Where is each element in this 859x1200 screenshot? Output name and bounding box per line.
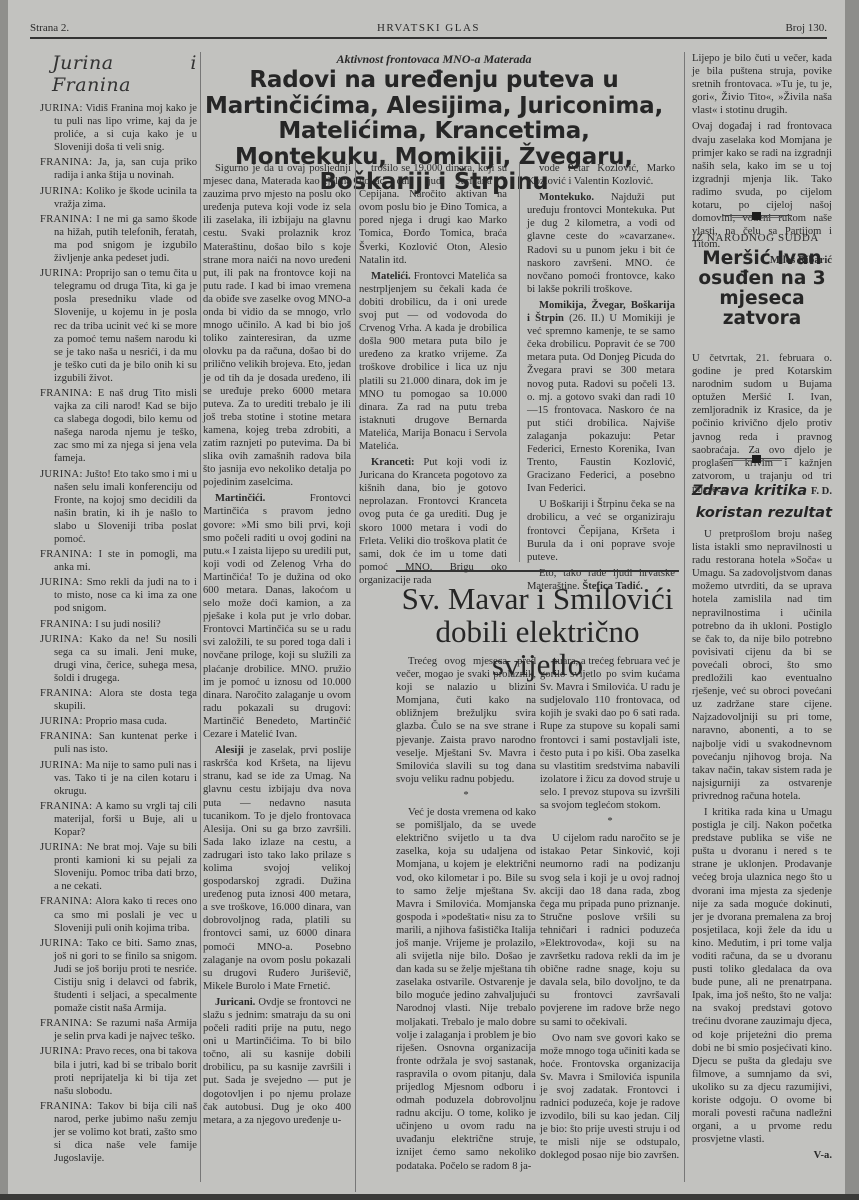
page-edge-left <box>0 0 8 1200</box>
speaker-name: FRANINA: <box>40 157 92 168</box>
electricity-column-1: Trećeg ovog mjeseca, pred večer, mogao j… <box>396 655 536 1176</box>
court-kicker: IZ NARODNOG SUDDA <box>692 232 832 244</box>
article-paragraph: Martinčići. Frontovci Martinčića s pravo… <box>203 492 351 741</box>
speaker-name: JURINA: <box>40 760 83 771</box>
dialogue-text: I su judi nosili? <box>95 619 161 630</box>
court-text: U četvrtak, 21. februara o. godine je pr… <box>692 352 832 496</box>
speaker-name: JURINA: <box>40 716 83 727</box>
article-paragraph: Juricani. Ovdje se frontovci ne slažu s … <box>203 996 351 1127</box>
dialogue-line: JURINA: Smo rekli da judi na to i to mis… <box>40 576 197 615</box>
column-title: Jurina i Franina <box>52 52 197 96</box>
section-rule <box>396 570 679 572</box>
critique-p2: I kritika rada kina u Umagu postigla je … <box>692 806 832 1146</box>
dialogue-line: FRANINA: Takov bi bija cili naš narod, p… <box>40 1100 197 1165</box>
dialogue-line: FRANINA: Se razumi naša Armija je selin … <box>40 1017 197 1043</box>
dialogue-line: JURINA: Proprio masa cuda. <box>40 715 197 728</box>
article-paragraph: Montekuko. Najduži put uređuju frontovci… <box>527 191 675 296</box>
article-paragraph: Već je dosta vremena od kako se pomišlja… <box>396 806 536 1173</box>
speaker-name: FRANINA: <box>40 731 92 742</box>
dialogue-line: JURINA: Tako ce biti. Samo znas, još ni … <box>40 937 197 1016</box>
issue-number: Broj 130. <box>785 22 827 34</box>
speaker-name: FRANINA: <box>40 214 92 225</box>
speaker-name: JURINA: <box>40 1046 83 1057</box>
asterism: * <box>396 789 536 802</box>
article-paragraph: U cijelom radu naročito se je istakao Pe… <box>540 832 680 1028</box>
speaker-name: JURINA: <box>40 634 83 645</box>
critique-headline-line2: koristan rezultat <box>692 502 832 524</box>
critique-p1: U pretprošlom broju našeg lista istakli … <box>692 528 832 803</box>
paragraph-text: U Boškariji i Štrpinu čeka se na drobili… <box>527 499 675 562</box>
dialogue-list: JURINA: Vidiš Franina moj kako je tu pul… <box>40 102 197 1165</box>
dialogue-line: JURINA: Pravo reces, ona bi takova bila … <box>40 1045 197 1097</box>
page-edge-bottom <box>0 1194 859 1200</box>
speaker-name: JURINA: <box>40 469 83 480</box>
speaker-name: FRANINA: <box>40 549 92 560</box>
masthead-rule <box>30 37 827 39</box>
speaker-name: JURINA: <box>40 268 83 279</box>
paragraph-text: Frontovci Martinčića s pravom jedno govo… <box>203 493 351 740</box>
dialogue-line: FRANINA: A kamo su vrgli taj cili materi… <box>40 800 197 839</box>
critique-headline: Zdrava kritika koristan rezultat <box>692 480 832 524</box>
paragraph-text: Najduži put uređuju frontovci Montekuka.… <box>527 192 675 295</box>
roads-column-1: Sigurno je da u ovaj posljednji mjesec d… <box>203 162 351 1130</box>
paragraph-lead: Alesiji <box>215 745 244 756</box>
newspaper-page: Strana 2. HRVATSKI GLAS Broj 130. Jurina… <box>0 0 859 1200</box>
ornament-divider <box>722 455 792 463</box>
paragraph-text: (26. II.) U Momikiji je već spremno kame… <box>527 313 675 494</box>
dialogue-line: JURINA: Vidiš Franina moj kako je tu pul… <box>40 102 197 154</box>
signature: V-a. <box>692 1149 832 1162</box>
paragraph-text: vode Petar Kozlović, Marko Kozlović i Va… <box>527 163 675 187</box>
speaker-name: FRANINA: <box>40 688 92 699</box>
dialogue-text: Proprijo san o temu čita u telegramu od … <box>54 268 197 384</box>
column-jurina-franina: Jurina i Franina JURINA: Vidiš Franina m… <box>40 52 197 1167</box>
article-paragraph: Matelići. Frontovci Matelića sa nestrplj… <box>359 270 507 453</box>
paragraph-text: Frontovci Matelića sa nestrpljenjem su č… <box>359 271 507 452</box>
column-divider <box>200 52 201 1182</box>
dialogue-text: E naš drug Tito misli vajka za cili naro… <box>54 388 197 464</box>
paragraph-lead: Matelići. <box>371 271 411 282</box>
article-paragraph: Sigurno je da u ovaj posljednji mjesec d… <box>203 162 351 489</box>
paragraph-text: je zaselak, prvi poslije raskršća kod Kr… <box>203 745 351 992</box>
dialogue-line: FRANINA: I su judi nosili? <box>40 618 197 631</box>
dialogue-text: Proprio masa cuda. <box>85 716 167 727</box>
dialogue-line: JURINA: Ne brat moj. Vaje su bili pronti… <box>40 841 197 893</box>
speaker-name: FRANINA: <box>40 1101 92 1112</box>
critique-article: U pretprošlom broju našeg lista istakli … <box>692 528 832 1163</box>
speaker-name: JURINA: <box>40 577 83 588</box>
speaker-name: FRANINA: <box>40 801 92 812</box>
speaker-name: FRANINA: <box>40 896 92 907</box>
masthead: Strana 2. HRVATSKI GLAS Broj 130. <box>30 22 827 36</box>
dialogue-line: JURINA: Jušto! Eto tako smo i mi u našen… <box>40 468 197 547</box>
dialogue-text: Jušto! Eto tako smo i mi u našen selu im… <box>54 469 197 545</box>
speaker-name: FRANINA: <box>40 388 92 399</box>
page-edge-right <box>845 0 859 1200</box>
article-paragraph: vode Petar Kozlović, Marko Kozlović i Va… <box>527 162 675 188</box>
paragraph-lead: Juricani. <box>215 997 255 1008</box>
dialogue-line: FRANINA: San kuntenat perke i puli nas i… <box>40 730 197 756</box>
dialogue-line: FRANINA: I ste in pomogli, ma anka mi. <box>40 548 197 574</box>
roads-column-2: trošilo se 19.000 dinara, koji su novac … <box>359 162 507 590</box>
paragraph-text: Ovdje se frontovci ne slažu s jednim: sm… <box>203 997 351 1126</box>
court-headline: Meršić Ivan osuđen na 3 mjeseca zatvora <box>692 249 832 329</box>
electricity-column-2: nuara, a trećeg februara već je gorilo s… <box>540 655 680 1166</box>
dialogue-line: JURINA: Proprijo san o temu čita u teleg… <box>40 267 197 385</box>
paragraph-lead: Kranceti: <box>371 457 415 468</box>
dialogue-line: JURINA: Kako da ne! Su nosili sega ca su… <box>40 633 197 685</box>
speaker-name: JURINA: <box>40 103 83 114</box>
speaker-name: JURINA: <box>40 186 83 197</box>
column-divider <box>519 162 520 562</box>
article-paragraph: Kranceti: Put koji vodi iz Juricana do K… <box>359 456 507 587</box>
ornament-divider <box>722 212 792 220</box>
article-paragraph: nuara, a trećeg februara već je gorilo s… <box>540 655 680 812</box>
dialogue-line: JURINA: Koliko je škode ucinila ta vražj… <box>40 185 197 211</box>
article-paragraph: U Boškariji i Štrpinu čeka se na drobili… <box>527 498 675 563</box>
paragraph-text: Put koji vodi iz Juricana do Kranceta po… <box>359 457 507 586</box>
asterism: * <box>540 815 680 828</box>
dialogue-line: FRANINA: E naš drug Tito misli vajka za … <box>40 387 197 466</box>
court-article: U četvrtak, 21. februara o. godine je pr… <box>692 352 832 498</box>
article-paragraph: Trećeg ovog mjeseca, pred večer, mogao j… <box>396 655 536 786</box>
paragraph-text: Sigurno je da u ovaj posljednji mjesec d… <box>203 163 351 488</box>
paragraph-text: trošilo se 19.000 dinara, koji su novac … <box>359 163 507 266</box>
speaker-name: FRANINA: <box>40 1018 92 1029</box>
dialogue-line: FRANINA: Alora ste dosta tega skupili. <box>40 687 197 713</box>
dialogue-line: JURINA: Ma nije to samo puli nas i vas. … <box>40 759 197 798</box>
dialogue-line: FRANINA: Alora kako ti reces ono ca smo … <box>40 895 197 934</box>
dialogue-line: FRANINA: I ne mi ga samo škode na hižah,… <box>40 213 197 265</box>
column-divider <box>684 52 685 1182</box>
right-intro: Lijepo je bilo čuti u večer, kada je bil… <box>692 52 832 117</box>
paper-name: HRVATSKI GLAS <box>30 22 827 34</box>
dialogue-text: Tako ce biti. Samo znas, još ni gori to … <box>54 938 197 1014</box>
article-paragraph: Ovo nam sve govori kako se može mnogo to… <box>540 1032 680 1163</box>
paragraph-lead: Martinčići. <box>215 493 265 504</box>
speaker-name: JURINA: <box>40 938 83 949</box>
speaker-name: JURINA: <box>40 842 83 853</box>
article-paragraph: Alesiji je zaselak, prvi poslije raskršć… <box>203 744 351 993</box>
article-paragraph: Momikija, Žvegar, Boškarija i Štrpin (26… <box>527 299 675 495</box>
speaker-name: FRANINA: <box>40 619 92 630</box>
paragraph-lead: Montekuko. <box>539 192 594 203</box>
article-paragraph: trošilo se 19.000 dinara, koji su novac … <box>359 162 507 267</box>
critique-headline-line1: Zdrava kritika <box>692 483 807 499</box>
column-divider <box>355 162 356 1192</box>
article-kicker: Aktivnost frontovaca MNO-a Materada <box>200 52 668 67</box>
dialogue-line: FRANINA: Ja, ja, san cuja priko radija i… <box>40 156 197 182</box>
roads-column-3: vode Petar Kozlović, Marko Kozlović i Va… <box>527 162 675 596</box>
